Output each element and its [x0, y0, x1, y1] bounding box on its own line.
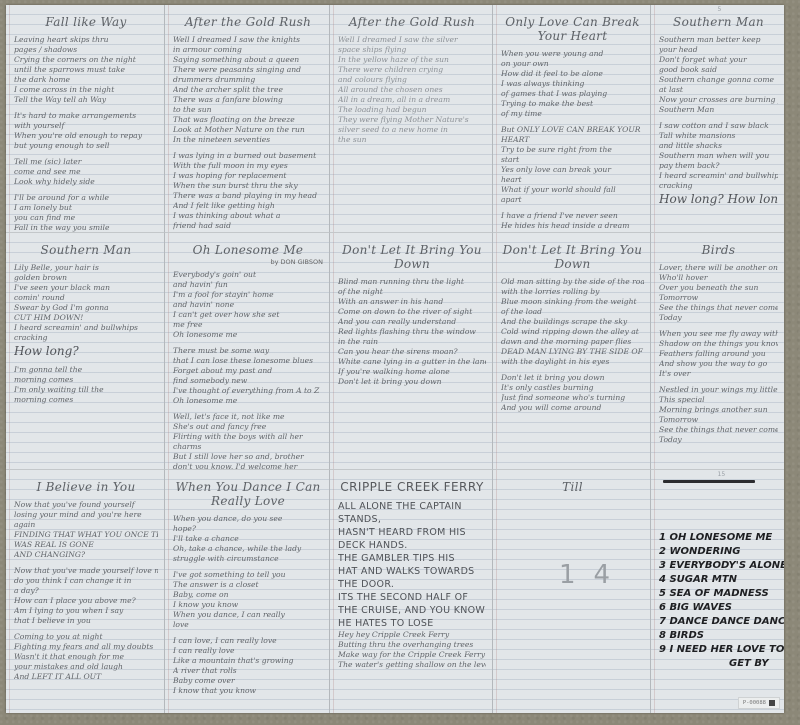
lyric-line: There must be some way	[173, 346, 323, 356]
lyric-line: It's hard to make arrangements	[14, 111, 158, 121]
lyric-line: a day?	[14, 586, 158, 596]
lyric-line: I'll take a chance	[173, 534, 323, 544]
margin-rule	[654, 233, 655, 469]
margin-rule	[333, 470, 334, 713]
lyric-line: losing your mind and you're here	[14, 510, 158, 520]
lyric-line: There was a band playing in my head	[173, 191, 323, 201]
lyric-line: pages / shadows	[14, 45, 158, 55]
lyric-line: The answer is a closet	[173, 580, 323, 590]
lyric-line: Oh lonesome me	[173, 396, 323, 406]
lyric-line: Coming to you at night	[14, 632, 158, 642]
lyric-line: golden brown	[14, 273, 158, 283]
lyric-line: Well I dreamed I saw the knights	[173, 35, 323, 45]
lyric-line: Like a mountain that's growing	[173, 656, 323, 666]
lyric-panel: Oh Lonesome Meby DON GIBSONEverybody's g…	[165, 233, 330, 470]
lyric-line: Oh lonesome me	[173, 330, 323, 340]
lyric-line: love	[173, 620, 323, 630]
lyric-line: They were flying Mother Nature's	[338, 115, 486, 125]
lyric-line: AND CHANGING?	[14, 550, 158, 560]
lyric-line: don't you know, I'd welcome her	[173, 462, 323, 470]
song-title: Southern Man	[14, 243, 158, 257]
lyric-line: Flirting with the boys with all her	[173, 432, 323, 442]
lyric-line: And you can really understand	[338, 317, 486, 327]
lyric-panel: Don't Let It Bring You DownBlind man run…	[330, 233, 493, 470]
lyric-line: When you dance, I can really	[173, 610, 323, 620]
lyric-line: CUT HIM DOWN!	[14, 313, 158, 323]
lyric-line: I come across in the night	[14, 85, 158, 95]
margin-rule	[333, 233, 334, 469]
song-title: Don't Let It Bring You Down	[501, 243, 644, 271]
lyric-line: I'll be around for a while	[14, 193, 158, 203]
lyric-line: morning comes	[14, 375, 158, 385]
lyric-line: When the sun burst thru the sky	[173, 181, 323, 191]
margin-rule	[168, 233, 169, 469]
lyric-line: struggle with circumstance	[173, 554, 323, 564]
lyric-line: When you were young and	[501, 49, 644, 59]
lyric-line: Oh, take a chance, while the lady	[173, 544, 323, 554]
lyric-line: I've got something to tell you	[173, 570, 323, 580]
lyric-line: And I felt like getting high	[173, 201, 323, 211]
lyric-panel: 151 OH LONESOME ME2 WONDERING3 EVERYBODY…	[651, 470, 784, 713]
lyric-line: Old man sitting by the side of the road	[501, 277, 644, 287]
lyric-line: and little shacks	[659, 141, 778, 151]
setlist-item: 5 SEA OF MADNESS	[659, 587, 778, 601]
lyric-line: again	[14, 520, 158, 530]
lyric-line: in armour coming	[173, 45, 323, 55]
margin-rule	[496, 5, 497, 232]
lyric-line: Tell the Way tell ah Way	[14, 95, 158, 105]
lyric-line: start	[501, 155, 644, 165]
lyric-line: Swear by God I'm gonna	[14, 303, 158, 313]
lyric-line: White cane lying in a gutter in the lane	[338, 357, 486, 367]
lyric-line: Butting thru the overhanging trees	[338, 640, 486, 650]
lyric-line: hope?	[173, 524, 323, 534]
lyric-line: I have a friend I've never seen	[501, 211, 644, 221]
lyric-line: at last	[659, 85, 778, 95]
lyric-line: do you think I can change it in	[14, 576, 158, 586]
lyric-line: and havin' fun	[173, 280, 323, 290]
lyric-line: Well, let's face it, not like me	[173, 412, 323, 422]
song-title: CRIPPLE CREEK FERRY	[338, 480, 486, 494]
lyric-line: The loading had begun	[338, 105, 486, 115]
lyric-line: Don't let it bring you down	[501, 373, 644, 383]
lyric-line: charms	[173, 442, 323, 452]
lyric-line: cracking	[659, 181, 778, 191]
lyric-line: It's only castles burning	[501, 383, 644, 393]
lyric-line: FINDING THAT WHAT YOU ONCE THOUGHT	[14, 530, 158, 540]
setlist-item: 4 SUGAR MTN	[659, 573, 778, 587]
lyric-line: I was always thinking	[501, 79, 644, 89]
lyric-line: Tall white mansions	[659, 131, 778, 141]
setlist-item: GET BY	[659, 657, 778, 671]
panel-number: 15	[718, 471, 726, 478]
lyric-line: me free	[173, 320, 323, 330]
song-title: Birds	[659, 243, 778, 257]
lyric-line: There was a fanfare blowing	[173, 95, 323, 105]
lyric-line: friend had said	[173, 221, 323, 231]
margin-rule	[333, 5, 334, 232]
lyric-line: He hides his head inside a dream	[501, 221, 644, 231]
lyric-line: Don't forget what your	[659, 55, 778, 65]
lyric-line: When you're old enough to repay	[14, 131, 158, 141]
ink-divider	[663, 480, 755, 483]
margin-rule	[168, 470, 169, 713]
lyric-line: The water's getting shallow on the levee	[338, 660, 486, 670]
lyric-line: to the sun	[173, 105, 323, 115]
archive-label-text: P-00088	[743, 700, 766, 706]
lyric-line: In the yellow haze of the sun	[338, 55, 486, 65]
lyric-line: Cold wind ripping down the alley at	[501, 327, 644, 337]
lyric-line: Baby, come on	[173, 590, 323, 600]
setlist-item: 1 OH LONESOME ME	[659, 531, 778, 545]
lyric-line: Can you hear the sirens moan?	[338, 347, 486, 357]
lyric-line: HEART	[501, 135, 644, 145]
lyric-line: HAT AND WALKS TOWARDS	[338, 565, 486, 578]
lyric-panel: CRIPPLE CREEK FERRYALL ALONE THE CAPTAIN…	[330, 470, 493, 713]
lyric-line: Hey hey Cripple Creek Ferry	[338, 630, 486, 640]
lyric-line: See the things that never come	[659, 303, 778, 313]
lyric-line: Lover, there will be another one	[659, 263, 778, 273]
lyric-line: Leaving heart skips thru	[14, 35, 158, 45]
lyric-line: I was hoping for replacement	[173, 171, 323, 181]
lyric-line: on your own	[501, 59, 644, 69]
lyric-line: Wasn't it that enough for me	[14, 652, 158, 662]
lyric-line: your head	[659, 45, 778, 55]
song-title: Southern Man	[659, 15, 778, 29]
lyric-line: How did it feel to be alone	[501, 69, 644, 79]
lyric-line: And the buildings scrape the sky	[501, 317, 644, 327]
setlist-item: 9 I NEED HER LOVE TO	[659, 643, 778, 657]
lyric-line: Southern Man	[659, 105, 778, 115]
lyric-line: silver seed to a new home in	[338, 125, 486, 135]
lyric-line: STANDS,	[338, 513, 486, 526]
lyric-line: There were peasants singing and	[173, 65, 323, 75]
lyric-line: It's over	[659, 369, 778, 379]
lyric-panel: After the Gold RushWell I dreamed I saw …	[330, 5, 493, 233]
lyric-line: Southern man better keep	[659, 35, 778, 45]
lyric-line: Now your crosses are burning fast	[659, 95, 778, 105]
song-title: Don't Let It Bring You Down	[338, 243, 486, 271]
lyric-line: Now that you've found yourself	[14, 500, 158, 510]
lyric-line: Look why hidely side	[14, 177, 158, 187]
lyric-line: with yourself	[14, 121, 158, 131]
song-title: Fall like Way	[14, 15, 158, 29]
lyric-line: I can love, I can really love	[173, 636, 323, 646]
lyric-line: HE HATES TO LOSE	[338, 617, 486, 630]
lyric-line: Don't let it bring you down	[338, 377, 486, 387]
lyric-line: drummers drumming	[173, 75, 323, 85]
lyric-line: I saw cotton and I saw black	[659, 121, 778, 131]
lyric-line: DEAD MAN LYING BY THE SIDE OF THE ROAD	[501, 347, 644, 357]
lyric-line: good book said	[659, 65, 778, 75]
lyric-line: Red lights flashing thru the window	[338, 327, 486, 337]
lyric-line: apart	[501, 195, 644, 205]
lyric-line: I can't get over how she set	[173, 310, 323, 320]
lyric-line: your mistakes and old laugh	[14, 662, 158, 672]
lyric-line: Feathers falling around you	[659, 349, 778, 359]
lyric-line: I was lying in a burned out basement	[173, 151, 323, 161]
lyric-line: All in a dream, all in a dream	[338, 95, 486, 105]
lyric-line: This special	[659, 395, 778, 405]
lyric-line: How long?	[14, 343, 158, 359]
lyric-line: Tomorrow	[659, 415, 778, 425]
lyric-line: I was thinking about what a	[173, 211, 323, 221]
song-title: I Believe in You	[14, 480, 158, 494]
lyric-line: cracking	[14, 333, 158, 343]
song-title: After the Gold Rush	[173, 15, 323, 29]
setlist-item: 2 WONDERING	[659, 545, 778, 559]
lyric-panel: Don't Let It Bring You DownOld man sitti…	[493, 233, 651, 470]
lyric-line: I can really love	[173, 646, 323, 656]
lyric-line: you can find me	[14, 213, 158, 223]
margin-rule	[496, 233, 497, 469]
lyric-line: Blind man running thru the light	[338, 277, 486, 287]
lyric-line: but young enough to sell	[14, 141, 158, 151]
lyric-line: I've thought of everything from A to Z	[173, 386, 323, 396]
lyric-panel: Southern ManLily Belle, your hair isgold…	[6, 233, 165, 470]
lyric-line: Southern change gonna come	[659, 75, 778, 85]
lyric-line: How can I place you above me?	[14, 596, 158, 606]
lyric-line: A river that rolls	[173, 666, 323, 676]
lyric-line: Now that you've made yourself love me	[14, 566, 158, 576]
lyric-line: morning comes	[14, 395, 158, 405]
lyric-line: space ships flying	[338, 45, 486, 55]
margin-rule	[654, 5, 655, 232]
lyric-line: ALL ALONE THE CAPTAIN	[338, 500, 486, 513]
lyric-line: heart	[501, 175, 644, 185]
lyric-line: THE DOOR.	[338, 578, 486, 591]
lyric-line: When you see me fly away without you	[659, 329, 778, 339]
lyric-line: If you're walking home alone	[338, 367, 486, 377]
lyric-line: Crying the corners on the night	[14, 55, 158, 65]
lyric-line: In the nineteen seventies	[173, 135, 323, 145]
lyric-line: Yes only love can break your	[501, 165, 644, 175]
lyric-panel: BirdsLover, there will be another oneWho…	[651, 233, 784, 470]
lyric-line: I'm only waiting till the	[14, 385, 158, 395]
lyric-panel: Only Love Can Break Your HeartWhen you w…	[493, 5, 651, 233]
lyric-line: Am I lying to you when I say	[14, 606, 158, 616]
lyric-panel: I Believe in YouNow that you've found yo…	[6, 470, 165, 713]
lyric-line: in the rain	[338, 337, 486, 347]
lyric-line: See the things that never come	[659, 425, 778, 435]
lyric-panel: When You Dance I Can Really LoveWhen you…	[165, 470, 330, 713]
margin-rule	[168, 5, 169, 232]
lyric-line: and havin' none	[173, 300, 323, 310]
lyric-panel: Till14	[493, 470, 651, 713]
lyric-line: WAS REAL IS GONE	[14, 540, 158, 550]
lyric-line: Well I dreamed I saw the silver	[338, 35, 486, 45]
lyric-line: DECK HANDS.	[338, 539, 486, 552]
lyric-line: the dark home	[14, 75, 158, 85]
lyric-line: Fall in the way you smile	[14, 223, 158, 233]
lyric-line: Saying something about a queen	[173, 55, 323, 65]
lyric-line: Blue moon sinking from the weight	[501, 297, 644, 307]
lyric-line: Today	[659, 435, 778, 445]
lyric-line: What if your world should fall	[501, 185, 644, 195]
lyric-line: with the daylight in his eyes	[501, 357, 644, 367]
lyric-line: find somebody new	[173, 376, 323, 386]
lyric-line: I am lonely but	[14, 203, 158, 213]
lyric-line: And the archer split the tree	[173, 85, 323, 95]
lyric-line: Forget about my past and	[173, 366, 323, 376]
song-title: Till	[501, 480, 644, 494]
lyric-line: dawn and the morning paper flies	[501, 337, 644, 347]
lyric-line: Try to be sure right from the	[501, 145, 644, 155]
lyric-line: When you dance, do you see	[173, 514, 323, 524]
lyric-line: With an answer in his hand	[338, 297, 486, 307]
lyric-line: the sun	[338, 135, 486, 145]
lyric-line: Tomorrow	[659, 293, 778, 303]
page-number: 14	[559, 560, 628, 590]
lyric-line: HASN'T HEARD FROM HIS	[338, 526, 486, 539]
lyric-line: Baby come over	[173, 676, 323, 686]
margin-rule	[9, 470, 10, 713]
lyric-line: But I still love her so and, brother	[173, 452, 323, 462]
lyric-line: There were children crying	[338, 65, 486, 75]
song-title: Only Love Can Break Your Heart	[501, 15, 644, 43]
lyric-line: that I believe in you	[14, 616, 158, 626]
lyric-line: She's out and fancy free	[173, 422, 323, 432]
lyric-line: I heard screamin' and bullwhips	[14, 323, 158, 333]
lyric-panel: 5Southern ManSouthern man better keepyou…	[651, 5, 784, 233]
lyric-sheet: Fall like WayLeaving heart skips thrupag…	[6, 5, 784, 713]
lyric-line: Come on down to the river of sight	[338, 307, 486, 317]
lyric-panel: Fall like WayLeaving heart skips thrupag…	[6, 5, 165, 233]
lyric-line: Trying to make the best	[501, 99, 644, 109]
lyric-line: Nestled in your wings my little one	[659, 385, 778, 395]
lyric-line: I've seen your black man	[14, 283, 158, 293]
lyric-line: Look at Mother Nature on the run	[173, 125, 323, 135]
lyric-line: Over you beneath the sun	[659, 283, 778, 293]
setlist-item: 3 EVERYBODY'S ALONE	[659, 559, 778, 573]
song-title: Oh Lonesome Me	[173, 243, 323, 257]
lyric-line: I heard screamin' and bullwhips	[659, 171, 778, 181]
lyric-line: Shadow on the things you know	[659, 339, 778, 349]
lyric-line: pay them back?	[659, 161, 778, 171]
lyric-line: How long? How long?	[659, 191, 778, 207]
lyric-line: Who'll hover	[659, 273, 778, 283]
setlist-item: 6 BIG WAVES	[659, 601, 778, 615]
lyric-line: All around the chosen ones	[338, 85, 486, 95]
lyric-line: Today	[659, 313, 778, 323]
song-title: After the Gold Rush	[338, 15, 486, 29]
lyric-line: Morning brings another sun	[659, 405, 778, 415]
lyric-line: until the sparrows must take	[14, 65, 158, 75]
setlist-item: 8 BIRDS	[659, 629, 778, 643]
lyric-line: Tell me (sic) later	[14, 157, 158, 167]
archive-label-icon	[769, 700, 775, 706]
lyric-line: come and see me	[14, 167, 158, 177]
lyric-line: That was floating on the breeze	[173, 115, 323, 125]
lyric-line: with the lorries rolling by	[501, 287, 644, 297]
lyric-line: With the full moon in my eyes	[173, 161, 323, 171]
lyric-line: Fighting my fears and all my doubts	[14, 642, 158, 652]
lyric-line: that I can lose these lonesome blues	[173, 356, 323, 366]
lyric-line: and colours flying	[338, 75, 486, 85]
lyric-line: Lily Belle, your hair is	[14, 263, 158, 273]
margin-rule	[496, 470, 497, 713]
lyric-line: THE GAMBLER TIPS HIS	[338, 552, 486, 565]
lyric-line: Make way for the Cripple Creek Ferry	[338, 650, 486, 660]
lyric-line: Just find someone who's turning	[501, 393, 644, 403]
lyric-line: Southern man when will you	[659, 151, 778, 161]
lyric-line: I'm a fool for stayin' home	[173, 290, 323, 300]
margin-rule	[9, 5, 10, 232]
setlist: 1 OH LONESOME ME2 WONDERING3 EVERYBODY'S…	[659, 531, 778, 671]
archive-label: P-00088	[738, 697, 780, 709]
panel-number: 5	[718, 6, 722, 13]
lyric-line: I'm gonna tell the	[14, 365, 158, 375]
lyric-line: ITS THE SECOND HALF OF	[338, 591, 486, 604]
lyric-line: of the load	[501, 307, 644, 317]
setlist-item: 7 DANCE DANCE DANCE	[659, 615, 778, 629]
lyric-line: But ONLY LOVE CAN BREAK YOUR	[501, 125, 644, 135]
song-byline: by DON GIBSON	[173, 258, 323, 266]
margin-rule	[654, 470, 655, 713]
lyric-line: of games that I was playing	[501, 89, 644, 99]
lyric-line: And LEFT IT ALL OUT	[14, 672, 158, 682]
lyric-line: I know you know	[173, 600, 323, 610]
lyric-line: And you will come around	[501, 403, 644, 413]
lyric-panel: After the Gold RushWell I dreamed I saw …	[165, 5, 330, 233]
lyric-line: of the night	[338, 287, 486, 297]
lyric-line: comin' round	[14, 293, 158, 303]
lyric-line: And show you the way to go	[659, 359, 778, 369]
lyric-line: Everybody's goin' out	[173, 270, 323, 280]
lyric-line: I know that you know	[173, 686, 323, 696]
lyric-line: THE CRUISE, AND YOU KNOW	[338, 604, 486, 617]
song-title: When You Dance I Can Really Love	[173, 480, 323, 508]
margin-rule	[9, 233, 10, 469]
lyric-line: of my time	[501, 109, 644, 119]
